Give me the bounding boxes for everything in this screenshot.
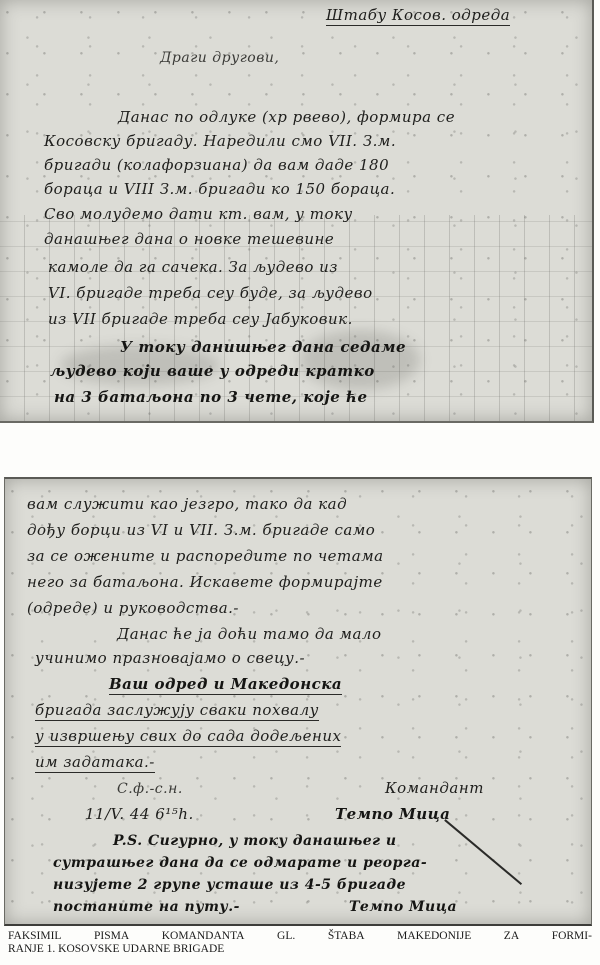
figure-caption: FAKSIMIL PISMA KOMANDANTA GL. ŠTABA MAKE… [8,930,592,956]
letter-addressee-header: Штабу Косов. одреда [326,6,510,26]
letter-line: У току данишњег дана седаме [120,338,406,356]
caption-word: FAKSIMIL [8,930,61,943]
letter-line: камоле да га сачека. За људево из [48,258,338,276]
caption-line-2: RANJE 1. KOSOVSKE UDARNE BRIGADE [8,943,592,956]
letter-line: на 3 батаљона по 3 чете, које ће [54,388,368,406]
letter-line: Косовску бригаду. Наредили смо VII. З.м. [44,132,396,150]
letter-line: вам служити као језгро, тако да кад [27,495,347,513]
letter-line: VI. бригаде треба сеу буде, за људево [48,284,373,302]
caption-word: KOMANDANTA [162,930,245,943]
letter-date: 11/V. 44 6¹⁵h. [85,805,194,823]
postscript-line: низујете 2 групе усташе из 4-5 бригаде [53,877,406,893]
letter-line: Данас ће ја доћи тамо да мало [117,625,382,643]
letter-line: из VII бригаде треба сеу Јабуковик. [48,310,353,328]
caption-word: FORMI- [552,930,592,943]
letter-line-underlined: у извршењу свих до сада додељених [35,727,341,747]
letter-page-bottom-scan: вам служити као језгро, тако да кад дођу… [4,477,592,926]
letter-line: бораца и VIII З.м. бригади ко 150 бораца… [44,180,395,198]
postscript-line: сутрашњег дана да се одмарате и реорга- [53,855,427,871]
letter-line: данашњег дана о новке тешевине [44,230,334,248]
caption-word: ZA [504,930,519,943]
letter-line: (одреде) и руководства.- [27,599,239,617]
letter-line: за се ожените и распоредите по четама [27,547,384,565]
letter-line: дођу борци из VI и VII. З.м. бригаде сам… [27,521,375,539]
signature-title: Командант [385,779,484,797]
caption-word: MAKEDONIJE [397,930,471,943]
letter-line: људево који ваше у одреди кратко [50,362,375,380]
letter-slogan: С.ф.-с.н. [117,781,183,797]
postscript-line: постаните на путу.- [53,899,240,915]
letter-line-underlined: бригада заслужују свакu похвалу [35,701,319,721]
caption-word: PISMA [94,930,129,943]
letter-salutation: Драги другови, [160,50,279,66]
postscript-signature: Темпо Мица [349,899,457,915]
caption-line-1: FAKSIMIL PISMA KOMANDANTA GL. ŠTABA MAKE… [8,930,592,943]
letter-line: учинимо празновајамо о свецу.- [35,649,305,667]
letter-line: Сво молудемо дати кт. вам, у току [44,205,353,223]
signature: Темпо Мица [335,805,450,823]
letter-line: Данас по одлуке (хр рвево), формира се [118,108,455,126]
letter-line-underlined: Ваш одред и Македонска [109,675,342,695]
postscript-line: P.S. Сигурно, у току данашњег и [113,833,397,849]
letter-line-underlined: им задатака.- [35,753,155,773]
caption-word: ŠTABA [328,930,365,943]
caption-word: GL. [277,930,295,943]
letter-page-top-scan: Штабу Косов. одреда Драги другови, Данас… [0,0,594,423]
letter-line: него за батаљона. Искавете формирајте [27,573,383,591]
letter-line: бригади (колафорзиана) да вам даде 180 [44,156,389,174]
